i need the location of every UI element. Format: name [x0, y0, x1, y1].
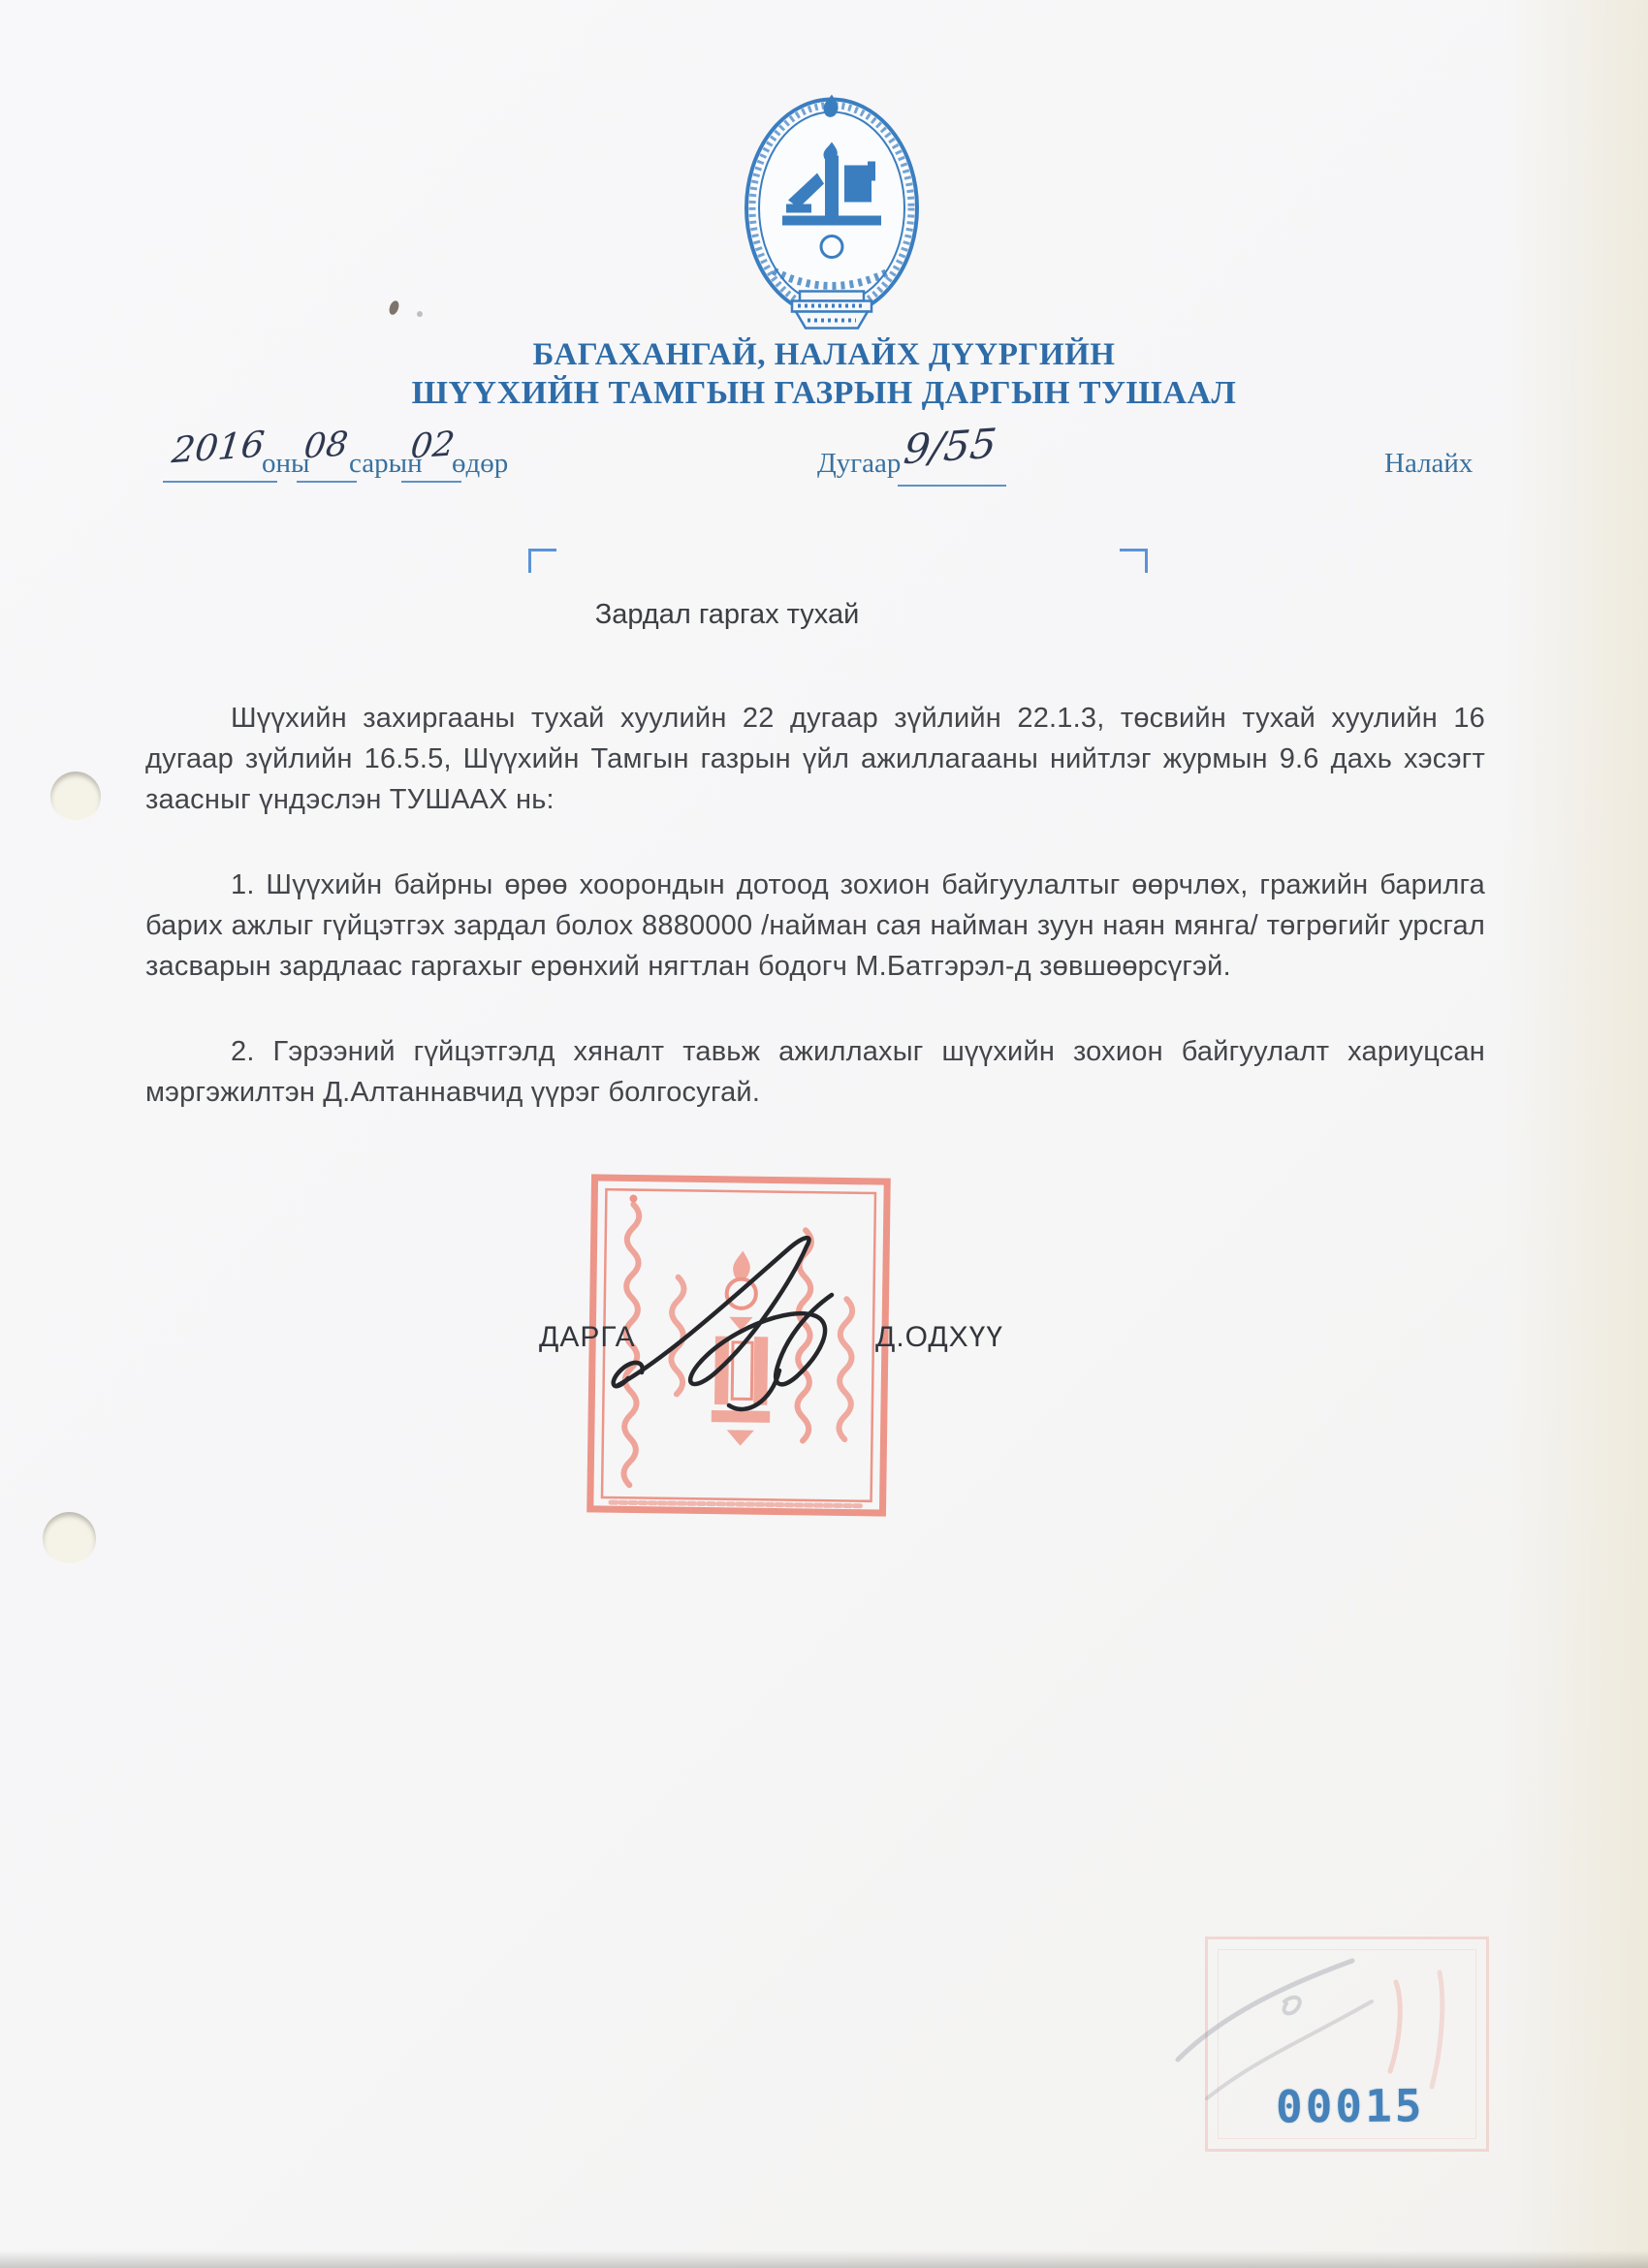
hole-punch — [50, 772, 101, 822]
org-header-line1: БАГАХАНГАЙ, НАЛАЙХ ДҮҮРГИЙН — [0, 337, 1648, 373]
paper-edge-bottom — [0, 2251, 1648, 2268]
crop-mark-right — [1120, 549, 1148, 573]
number-handwritten: 9/55 — [902, 420, 998, 473]
mongolia-state-emblem-icon — [740, 93, 924, 331]
fill-line — [297, 481, 357, 483]
number-label: Дугаар — [817, 448, 901, 480]
month-handwritten: 08 — [302, 425, 350, 466]
fill-line — [898, 485, 1006, 487]
paper-edge-right — [1503, 0, 1648, 2268]
day-handwritten: 02 — [409, 425, 457, 466]
paper-speck — [388, 299, 401, 316]
paper-speck — [417, 311, 423, 317]
serial-number-stamp: 00015 — [1276, 2079, 1425, 2132]
org-header-line2: ШҮҮХИЙН ТАМГЫН ГАЗРЫН ДАРГЫН ТУШААЛ — [0, 375, 1648, 412]
fill-line — [163, 481, 277, 483]
hole-punch — [43, 1512, 96, 1565]
signature-role-label: ДАРГА — [539, 1321, 636, 1354]
dateline: 2016 оны 08 сарын 02 өдөр Дугаар 9/55 На… — [0, 434, 1648, 512]
paragraph-item-2: 2. Гэрээний гүйцэтгэлд хяналт тавьж ажил… — [145, 1031, 1485, 1113]
handwritten-signature-ink — [599, 1223, 900, 1427]
year-handwritten: 2016 — [170, 424, 267, 471]
fill-line — [401, 481, 461, 483]
scanned-document-page: БАГАХАНГАЙ, НАЛАЙХ ДҮҮРГИЙН ШҮҮХИЙН ТАМГ… — [0, 0, 1648, 2268]
crop-mark-left — [528, 549, 556, 573]
document-title: Зардал гаргах тухай — [417, 599, 1037, 631]
place-label: Налайх — [1384, 448, 1473, 480]
day-label: өдөр — [452, 448, 508, 480]
paragraph-item-1: 1. Шүүхийн байрны өрөө хоорондын дотоод … — [145, 865, 1485, 987]
document-body: Шүүхийн захиргааны тухай хуулийн 22 дуга… — [145, 698, 1485, 1157]
paragraph-preamble: Шүүхийн захиргааны тухай хуулийн 22 дуга… — [145, 698, 1485, 820]
signature-name: Д.ОДХҮҮ — [875, 1321, 1003, 1354]
